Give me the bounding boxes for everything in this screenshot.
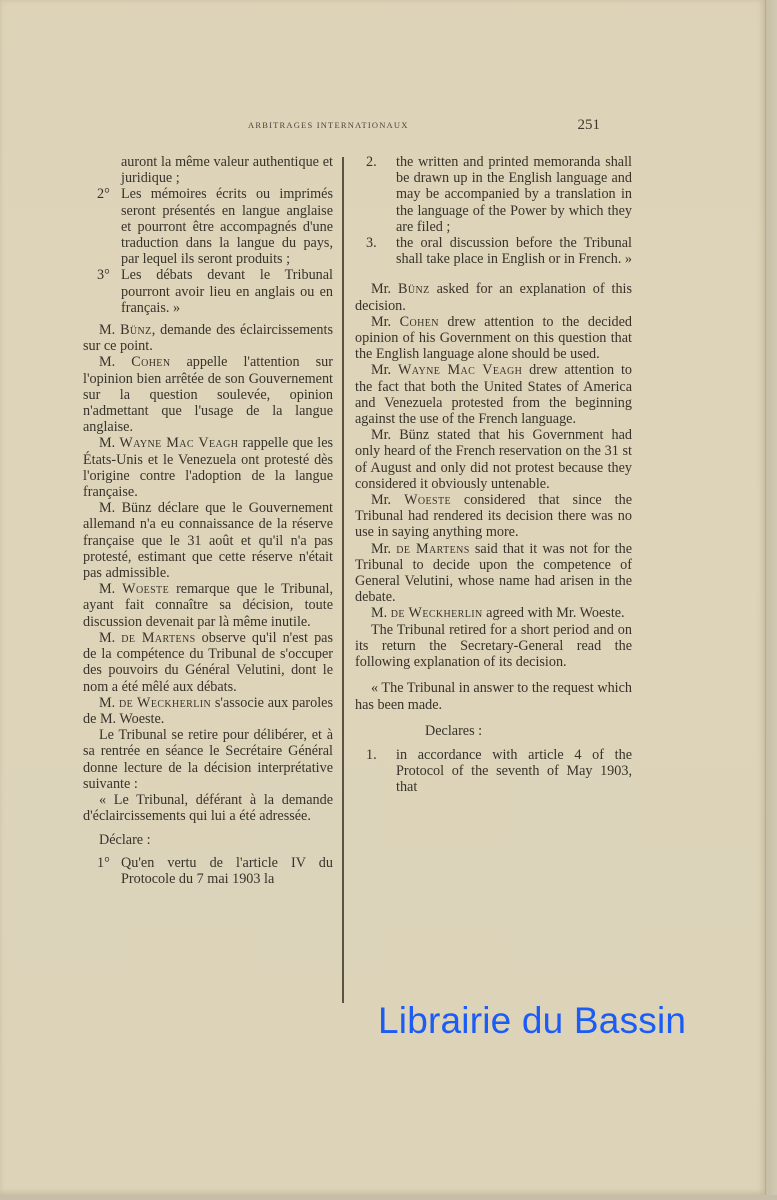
page-edge-bottom <box>0 1195 777 1200</box>
item-number: 3° <box>97 267 110 283</box>
item-text: the written and printed memoranda shall … <box>396 154 632 235</box>
speaker-name: Cohen <box>131 354 170 370</box>
paragraph: M. Bünz déclare que le Gouvernement alle… <box>83 500 333 581</box>
title-prefix: M. <box>99 354 115 370</box>
item-text: the oral discussion before the Tribunal … <box>396 235 632 267</box>
list-item: 3° Les débats devant le Tribunal pourron… <box>83 267 333 316</box>
speaker-name: Bünz <box>398 281 430 297</box>
paragraph-text: remarque que le Tribunal, ayant fait con… <box>83 581 333 629</box>
running-title: ARBITRAGES INTERNATIONAUX <box>248 120 409 130</box>
title-prefix: Mr. <box>371 541 391 557</box>
title-prefix: M. <box>99 695 115 711</box>
paragraph: Le Tribunal se retire pour délibérer, et… <box>83 727 333 792</box>
item-number: 1° <box>97 855 110 871</box>
speaker-name: Bünz <box>120 322 152 338</box>
title-prefix: Mr. <box>371 427 391 443</box>
column-divider <box>342 157 344 1003</box>
paragraph-text: asked for an explanation of this decisio… <box>355 281 632 313</box>
declare-heading: Déclare : <box>83 832 333 848</box>
declares-heading: Declares : <box>355 723 632 739</box>
title-prefix: M. <box>99 581 115 597</box>
paragraph: Mr. Bünz stated that his Government had … <box>355 427 632 492</box>
title-prefix: Mr. <box>371 492 391 508</box>
watermark-text: Librairie du Bassin <box>378 1000 686 1042</box>
item-number: 2. <box>366 154 377 170</box>
title-prefix: M. <box>99 630 115 646</box>
title-prefix: M. <box>99 500 115 516</box>
list-item: 1° Qu'en vertu de l'article IV du Protoc… <box>83 855 333 887</box>
item-text: Les mémoires écrits ou imprimés seront p… <box>121 186 333 267</box>
paragraph-text: agreed with Mr. Woeste. <box>483 605 625 621</box>
paragraph: The Tribunal retired for a short period … <box>355 622 632 671</box>
paragraph: M. Bünz, demande des éclaircissements su… <box>83 322 333 354</box>
title-prefix: M. <box>99 322 115 338</box>
paragraph: Mr. de Martens said that it was not for … <box>355 541 632 606</box>
paragraph-text: Bünz déclare que le Gouvernement alleman… <box>83 500 333 581</box>
paragraph-text: appelle l'attention sur l'opinion bien a… <box>83 354 333 435</box>
paragraph: M. de Martens observe qu'il n'est pas de… <box>83 630 333 695</box>
item-text: Qu'en vertu de l'article IV du Protocole… <box>121 855 333 887</box>
right-column-english: 2. the written and printed memoranda sha… <box>355 154 632 796</box>
page-number: 251 <box>578 117 601 134</box>
list-item: 2° Les mémoires écrits ou imprimés seron… <box>83 186 333 267</box>
paragraph: Mr. Woeste considered that since the Tri… <box>355 492 632 541</box>
speaker-name: Wayne Mac Veagh <box>398 362 522 378</box>
paragraph-text: drew attention to the decided opinion of… <box>355 314 632 362</box>
item-text: Les débats devant le Tribunal pourront a… <box>121 267 333 315</box>
paragraph: M. Wayne Mac Veagh rappelle que les État… <box>83 435 333 500</box>
title-prefix: Mr. <box>371 281 391 297</box>
speaker-name: Cohen <box>400 314 439 330</box>
item-number: 1. <box>366 747 377 763</box>
paragraph: Mr. Wayne Mac Veagh drew attention to th… <box>355 362 632 427</box>
book-page: ARBITRAGES INTERNATIONAUX 251 auront la … <box>0 0 765 1195</box>
continuation-text: auront la même valeur authentique et jur… <box>83 154 333 186</box>
item-text: in accordance with article 4 of the Prot… <box>396 747 632 795</box>
list-item: 3. the oral discussion before the Tribun… <box>355 235 632 267</box>
item-number: 2° <box>97 186 110 202</box>
speaker-name: de Martens <box>396 541 469 557</box>
list-item: 1. in accordance with article 4 of the P… <box>355 747 632 796</box>
speaker-name: de Martens <box>121 630 195 646</box>
title-prefix: M. <box>371 605 387 621</box>
speaker-name: Wayne Mac Veagh <box>119 435 238 451</box>
paragraph-text: Bünz stated that his Government had only… <box>355 427 632 492</box>
left-column-french: auront la même valeur authentique et jur… <box>83 154 333 887</box>
page-edge-right <box>765 0 777 1200</box>
paragraph-text: considered that since the Tribunal had r… <box>355 492 632 540</box>
speaker-name: Woeste <box>404 492 451 508</box>
paragraph: Mr. Cohen drew attention to the decided … <box>355 314 632 363</box>
paragraph: M. Cohen appelle l'attention sur l'opini… <box>83 354 333 435</box>
quoted-paragraph: « The Tribunal in answer to the request … <box>355 680 632 712</box>
paragraph: M. de Weckherlin agreed with Mr. Woeste. <box>355 605 632 621</box>
title-prefix: Mr. <box>371 362 391 378</box>
quoted-paragraph: « Le Tribunal, déférant à la demande d'é… <box>83 792 333 824</box>
title-prefix: M. <box>99 435 115 451</box>
speaker-name: Woeste <box>122 581 169 597</box>
paragraph: M. Woeste remarque que le Tribunal, ayan… <box>83 581 333 630</box>
list-item: 2. the written and printed memoranda sha… <box>355 154 632 235</box>
title-prefix: Mr. <box>371 314 391 330</box>
speaker-name: de Weckherlin <box>119 695 211 711</box>
paragraph: Mr. Bünz asked for an explanation of thi… <box>355 281 632 313</box>
speaker-name: de Weckherlin <box>391 605 483 621</box>
item-number: 3. <box>366 235 377 251</box>
running-head: ARBITRAGES INTERNATIONAUX 251 <box>248 117 600 137</box>
paragraph: M. de Weckherlin s'associe aux paroles d… <box>83 695 333 727</box>
